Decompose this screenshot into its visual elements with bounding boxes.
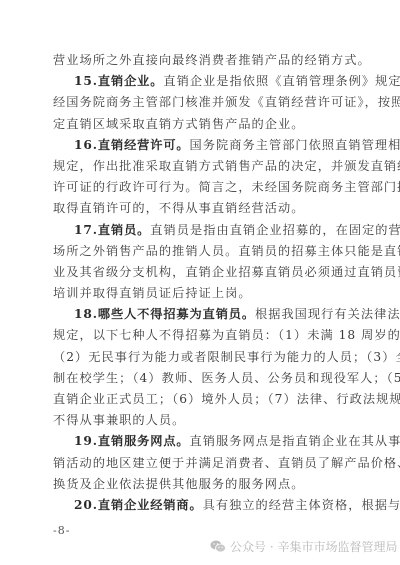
item-number: 18. bbox=[74, 307, 98, 321]
term-heading: 哪些人不得招募为直销员。 bbox=[98, 307, 255, 321]
text-line: 经国务院商务主管部门核准并颁发《直销经营许可证》，按照核 bbox=[53, 92, 350, 113]
item-number: 17. bbox=[74, 223, 98, 237]
item-text: 国务院商务主管部门依照直销管理相关 bbox=[190, 138, 400, 152]
item-18: 18.哪些人不得招募为直销员。根据我国现行有关法律法规 bbox=[53, 304, 350, 325]
item-text: 根据我国现行有关法律法规 bbox=[255, 307, 400, 321]
item-15: 15.直销企业。直销企业是指依照《直销管理条例》规定， bbox=[53, 71, 350, 92]
item-number: 16. bbox=[74, 138, 98, 152]
term-heading: 直销企业经销商。 bbox=[98, 498, 203, 512]
text-line: 规定，以下七种人不得招募为直销员：（1）未满 18 周岁的人员； bbox=[53, 325, 350, 346]
item-17: 17.直销员。直销员是指由直销企业招募的，在固定的营业 bbox=[53, 220, 350, 241]
item-text: 直销企业是指依照《直销管理条例》规定， bbox=[163, 74, 400, 88]
term-heading: 直销企业。 bbox=[98, 74, 163, 88]
term-heading: 直销经营许可。 bbox=[98, 138, 190, 152]
item-16: 16.直销经营许可。国务院商务主管部门依照直销管理相关 bbox=[53, 135, 350, 156]
item-number: 20. bbox=[74, 498, 98, 512]
text-line: 换货及企业依法提供其他服务的服务网点。 bbox=[53, 474, 350, 495]
text-line: 不得从事兼职的人员。 bbox=[53, 410, 350, 431]
text-line: （2）无民事行为能力或者限制民事行为能力的人员；（3）全日 bbox=[53, 347, 350, 368]
text-line: 规定，作出批准采取直销方式销售产品的决定，并颁发直销经营 bbox=[53, 156, 350, 177]
item-number: 15. bbox=[74, 74, 98, 88]
term-heading: 直销服务网点。 bbox=[98, 434, 190, 448]
item-19: 19.直销服务网点。直销服务网点是指直销企业在其从事直 bbox=[53, 431, 350, 452]
text-line: 许可证的行政许可行为。简言之，未经国务院商务主管部门批准 bbox=[53, 177, 350, 198]
text-line: 定直销区域采取直销方式销售产品的企业。 bbox=[53, 114, 350, 135]
text-line: 取得直销许可的，不得从事直销经营活动。 bbox=[53, 198, 350, 219]
item-text: 具有独立的经营主体资格，根据与直 bbox=[203, 498, 400, 512]
text-line: 业及其省级分支机构，直销企业招募直销员必须通过直销员资格 bbox=[53, 262, 350, 283]
document-page: 营业场所之外直接向最终消费者推销产品的经销方式。 15.直销企业。直销企业是指依… bbox=[53, 50, 350, 516]
text-line: 培训并取得直销员证后持证上岗。 bbox=[53, 283, 350, 304]
text-line: 营业场所之外直接向最终消费者推销产品的经销方式。 bbox=[53, 50, 350, 71]
item-text: 直销员是指由直销企业招募的，在固定的营业 bbox=[150, 223, 400, 237]
text-line: 场所之外销售产品的推销人员。直销员的招募主体只能是直销企 bbox=[53, 241, 350, 262]
text-line: 销活动的地区建立便于并满足消费者、直销员了解产品价格、退 bbox=[53, 453, 350, 474]
text-line: 直销企业正式员工；（6）境外人员；（7）法律、行政法规规定 bbox=[53, 389, 350, 410]
item-text: 直销服务网点是指直销企业在其从事直 bbox=[190, 434, 400, 448]
watermark-text: 公众号 · 辛集市市场监督管理局 bbox=[230, 538, 397, 555]
wechat-icon bbox=[210, 540, 226, 553]
text-line: 制在校学生；（4）教师、医务人员、公务员和现役军人；（5） bbox=[53, 368, 350, 389]
page-number: -8- bbox=[53, 524, 70, 537]
term-heading: 直销员。 bbox=[98, 223, 150, 237]
watermark: 公众号 · 辛集市市场监督管理局 bbox=[210, 538, 397, 555]
item-20: 20.直销企业经销商。具有独立的经营主体资格，根据与直 bbox=[53, 495, 350, 516]
item-number: 19. bbox=[74, 434, 98, 448]
